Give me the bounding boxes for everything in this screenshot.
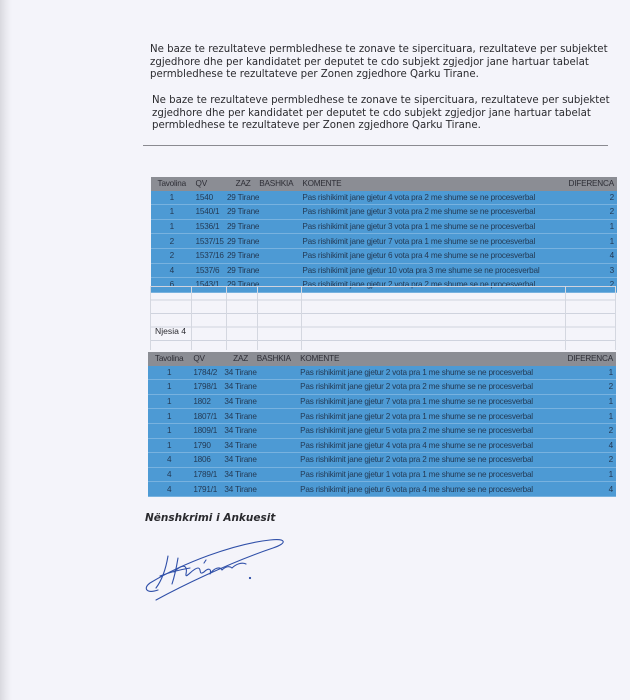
cell-bashkia xyxy=(257,409,296,424)
cell-komente: Pas rishikimit jane gjetur 2 vota pra 2 … xyxy=(296,380,557,395)
cell-komente: Pas rishikimit jane gjetur 5 vota pra 2 … xyxy=(296,423,557,438)
cell-zaz: 34 Tirane xyxy=(224,482,256,497)
col-zaz: ZAZ xyxy=(227,177,259,191)
cell-komente: Pas rishikimit jane gjetur 6 vota pra 4 … xyxy=(298,248,558,263)
cell-bashkia xyxy=(259,248,298,263)
cell-zaz: 29 Tirane xyxy=(227,205,259,220)
col-bashkia: BASHKIA xyxy=(257,352,296,366)
cell-bashkia xyxy=(259,205,298,220)
cell-zaz: 34 Tirane xyxy=(224,366,256,380)
cell-komente: Pas rishikimit jane gjetur 4 vota pra 4 … xyxy=(296,438,557,453)
cell-komente: Pas rishikimit jane gjetur 10 vota pra 3… xyxy=(298,263,558,278)
horizontal-divider xyxy=(143,145,608,146)
cell-bashkia xyxy=(257,380,296,395)
table-row: 11807/134 TiranePas rishikimit jane gjet… xyxy=(148,409,616,424)
cell-qv: 1791/1 xyxy=(190,482,224,497)
cell-qv: 1536/1 xyxy=(193,219,227,234)
table1-body: 1154029 TiranePas rishikimit jane gjetur… xyxy=(151,191,617,293)
cell-tavolina: 4 xyxy=(148,482,190,497)
cell-tavolina: 1 xyxy=(148,380,190,395)
table-row: 4180634 TiranePas rishikimit jane gjetur… xyxy=(148,453,616,468)
cell-bashkia xyxy=(259,263,298,278)
cell-bashkia xyxy=(257,453,296,468)
cell-diferenca: 1 xyxy=(557,394,616,409)
table-row: 1154029 TiranePas rishikimit jane gjetur… xyxy=(151,191,617,205)
cell-qv: 1790 xyxy=(190,438,224,453)
cell-zaz: 29 Tirane xyxy=(227,234,259,249)
cell-diferenca: 1 xyxy=(557,467,616,482)
cell-tavolina: 1 xyxy=(148,438,190,453)
table-row: 1180234 TiranePas rishikimit jane gjetur… xyxy=(148,394,616,409)
cell-tavolina: 1 xyxy=(151,205,193,220)
table-row: 21537/1529 TiranePas rishikimit jane gje… xyxy=(151,234,617,249)
empty-spreadsheet-grid xyxy=(150,286,616,350)
cell-zaz: 34 Tirane xyxy=(224,453,256,468)
section-label-njesia: Njesia 4 xyxy=(155,326,186,336)
cell-tavolina: 1 xyxy=(148,423,190,438)
cell-diferenca: 4 xyxy=(557,438,616,453)
col-qv: QV xyxy=(190,352,224,366)
cell-komente: Pas rishikimit jane gjetur 1 vota pra 1 … xyxy=(296,467,557,482)
cell-zaz: 34 Tirane xyxy=(224,409,256,424)
cell-tavolina: 4 xyxy=(148,467,190,482)
cell-zaz: 29 Tirane xyxy=(227,263,259,278)
cell-bashkia xyxy=(257,482,296,497)
signature-title: Nënshkrimi i Ankuesit xyxy=(145,512,275,524)
cell-komente: Pas rishikimit jane gjetur 7 vota pra 1 … xyxy=(296,394,557,409)
cell-diferenca: 2 xyxy=(557,423,616,438)
cell-bashkia xyxy=(257,366,296,380)
cell-komente: Pas rishikimit jane gjetur 6 vota pra 4 … xyxy=(296,482,557,497)
table2-body: 11784/234 TiranePas rishikimit jane gjet… xyxy=(148,366,616,497)
cell-tavolina: 1 xyxy=(151,191,193,205)
col-tavolina: Tavolina xyxy=(148,352,190,366)
col-qv: QV xyxy=(193,177,227,191)
cell-qv: 1540/1 xyxy=(193,205,227,220)
cell-zaz: 34 Tirane xyxy=(224,380,256,395)
cell-diferenca: 1 xyxy=(559,234,617,249)
cell-komente: Pas rishikimit jane gjetur 2 vota pra 1 … xyxy=(296,366,557,380)
recount-table-1: Tavolina QV ZAZ BASHKIA KOMENTE DIFERENC… xyxy=(151,177,617,293)
cell-tavolina: 2 xyxy=(151,248,193,263)
cell-diferenca: 2 xyxy=(559,205,617,220)
cell-diferenca: 1 xyxy=(557,366,616,380)
table-row: 11784/234 TiranePas rishikimit jane gjet… xyxy=(148,366,616,380)
col-bashkia: BASHKIA xyxy=(259,177,298,191)
cell-bashkia xyxy=(257,438,296,453)
cell-qv: 1807/1 xyxy=(190,409,224,424)
cell-diferenca: 3 xyxy=(559,263,617,278)
table-header-row: Tavolina QV ZAZ BASHKIA KOMENTE DIFERENC… xyxy=(148,352,616,366)
cell-komente: Pas rishikimit jane gjetur 3 vota pra 2 … xyxy=(298,205,558,220)
cell-zaz: 29 Tirane xyxy=(227,191,259,205)
intro-paragraph-2: Ne baze te rezultateve permbledhese te z… xyxy=(152,95,612,133)
cell-tavolina: 1 xyxy=(148,409,190,424)
cell-qv: 1806 xyxy=(190,453,224,468)
cell-diferenca: 4 xyxy=(559,248,617,263)
col-diferenca: DIFERENCA xyxy=(559,177,617,191)
cell-qv: 1784/2 xyxy=(190,366,224,380)
cell-komente: Pas rishikimit jane gjetur 4 vota pra 2 … xyxy=(298,191,558,205)
table-row: 11798/134 TiranePas rishikimit jane gjet… xyxy=(148,380,616,395)
cell-qv: 1537/6 xyxy=(193,263,227,278)
table-row: 41537/629 TiranePas rishikimit jane gjet… xyxy=(151,263,617,278)
cell-tavolina: 1 xyxy=(151,219,193,234)
cell-qv: 1540 xyxy=(193,191,227,205)
cell-zaz: 34 Tirane xyxy=(224,467,256,482)
signature-icon xyxy=(138,528,288,608)
cell-qv: 1802 xyxy=(190,394,224,409)
cell-qv: 1798/1 xyxy=(190,380,224,395)
cell-diferenca: 1 xyxy=(557,409,616,424)
cell-diferenca: 2 xyxy=(557,453,616,468)
col-komente: KOMENTE xyxy=(296,352,557,366)
table-row: 41789/134 TiranePas rishikimit jane gjet… xyxy=(148,467,616,482)
cell-qv: 1537/15 xyxy=(193,234,227,249)
cell-diferenca: 2 xyxy=(559,191,617,205)
cell-zaz: 29 Tirane xyxy=(227,248,259,263)
cell-tavolina: 1 xyxy=(148,394,190,409)
cell-qv: 1789/1 xyxy=(190,467,224,482)
cell-bashkia xyxy=(257,394,296,409)
cell-bashkia xyxy=(259,191,298,205)
table-row: 11809/134 TiranePas rishikimit jane gjet… xyxy=(148,423,616,438)
cell-zaz: 34 Tirane xyxy=(224,394,256,409)
cell-komente: Pas rishikimit jane gjetur 2 vota pra 1 … xyxy=(296,409,557,424)
cell-tavolina: 4 xyxy=(148,453,190,468)
col-tavolina: Tavolina xyxy=(151,177,193,191)
cell-zaz: 34 Tirane xyxy=(224,423,256,438)
cell-komente: Pas rishikimit jane gjetur 7 vota pra 1 … xyxy=(298,234,558,249)
col-zaz: ZAZ xyxy=(224,352,256,366)
scanned-page-edge xyxy=(0,0,12,700)
cell-diferenca: 1 xyxy=(559,219,617,234)
cell-tavolina: 1 xyxy=(148,366,190,380)
intro-paragraph-1: Ne baze te rezultateve permbledhese te z… xyxy=(150,44,610,82)
cell-tavolina: 4 xyxy=(151,263,193,278)
cell-tavolina: 2 xyxy=(151,234,193,249)
col-diferenca: DIFERENCA xyxy=(557,352,616,366)
cell-bashkia xyxy=(259,234,298,249)
table-row: 41791/134 TiranePas rishikimit jane gjet… xyxy=(148,482,616,497)
cell-qv: 1537/16 xyxy=(193,248,227,263)
cell-zaz: 29 Tirane xyxy=(227,219,259,234)
cell-diferenca: 4 xyxy=(557,482,616,497)
table-row: 1179034 TiranePas rishikimit jane gjetur… xyxy=(148,438,616,453)
cell-diferenca: 2 xyxy=(557,380,616,395)
table-row: 11540/129 TiranePas rishikimit jane gjet… xyxy=(151,205,617,220)
cell-bashkia xyxy=(257,423,296,438)
table-row: 21537/1629 TiranePas rishikimit jane gje… xyxy=(151,248,617,263)
table-header-row: Tavolina QV ZAZ BASHKIA KOMENTE DIFERENC… xyxy=(151,177,617,191)
cell-bashkia xyxy=(257,467,296,482)
cell-komente: Pas rishikimit jane gjetur 2 vota pra 2 … xyxy=(296,453,557,468)
cell-komente: Pas rishikimit jane gjetur 3 vota pra 1 … xyxy=(298,219,558,234)
col-komente: KOMENTE xyxy=(298,177,558,191)
cell-zaz: 34 Tirane xyxy=(224,438,256,453)
recount-table-2: Tavolina QV ZAZ BASHKIA KOMENTE DIFERENC… xyxy=(148,352,616,497)
cell-bashkia xyxy=(259,219,298,234)
table-row: 11536/129 TiranePas rishikimit jane gjet… xyxy=(151,219,617,234)
cell-qv: 1809/1 xyxy=(190,423,224,438)
